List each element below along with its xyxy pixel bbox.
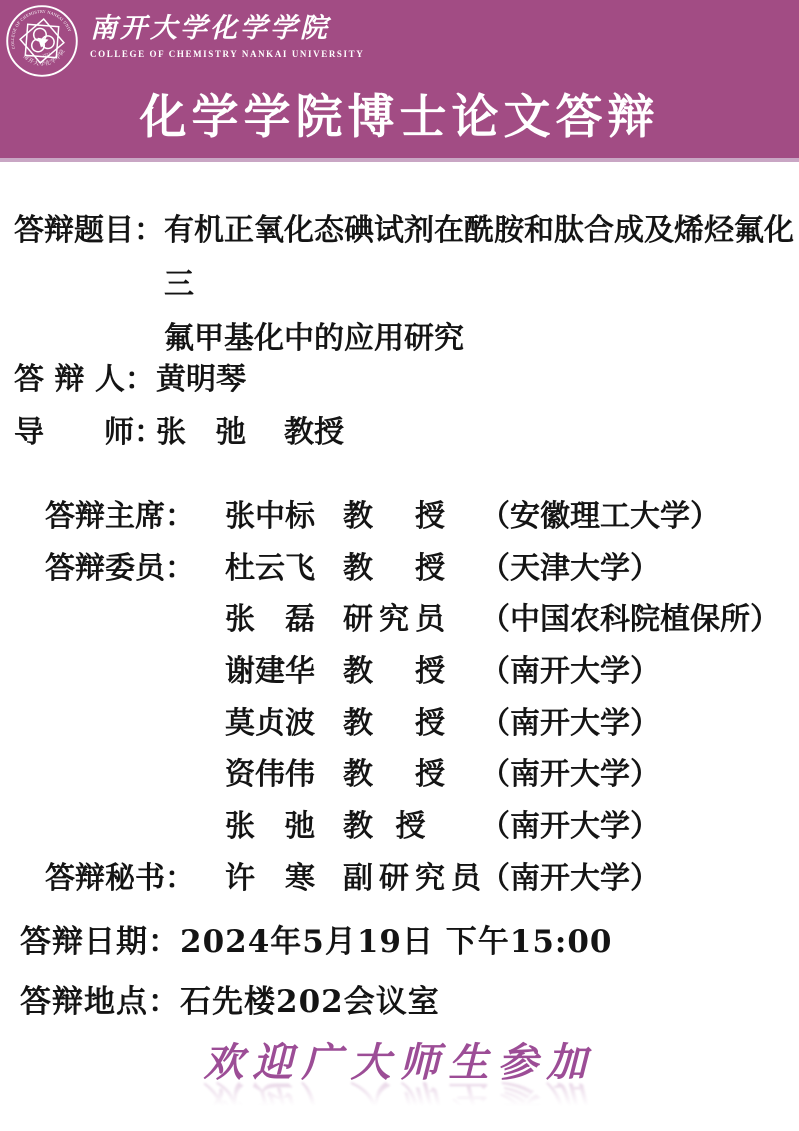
advisor-name: 张 弛 — [156, 415, 246, 450]
committee-member-affiliation: （天津大学） — [480, 543, 780, 587]
persons-block: 答 辩 人：黄明琴 导 师：张 弛教授 — [14, 353, 344, 459]
committee-member-affiliation: （中国农科院植保所） — [480, 594, 780, 638]
committee-member-affiliation: （安徽理工大学） — [480, 491, 780, 535]
candidate-label: 答 辩 人： — [14, 353, 156, 406]
thesis-title-line1: 有机正氧化态碘试剂在酰胺和肽合成及烯烃氟化三 — [164, 204, 799, 312]
defense-date-row: 答辩日期：2024年5月19日 下午15:00 — [20, 912, 613, 972]
committee-member-title: 教 授 — [343, 698, 480, 742]
defense-location-label: 答辩地点： — [20, 984, 180, 1020]
committee-member-title: 教 授 — [343, 491, 480, 535]
committee-member-name: 张中标 — [225, 491, 343, 535]
defense-location-row: 答辩地点：石先楼202会议室 — [20, 972, 613, 1032]
committee-row: 资伟伟 教 授 （南开大学） — [45, 745, 780, 797]
committee-member-name: 张 弛 — [225, 801, 343, 845]
committee-row: 答辩委员： 杜云飞 教 授 （天津大学） — [45, 539, 780, 591]
committee-member-title: 教 授 — [343, 646, 480, 690]
defense-poster: COLLEGE OF CHEMISTRY NANKAI UNIVERSITY 南… — [0, 0, 799, 1131]
committee-row: 答辩秘书： 许 寒 副研究员 （南开大学） — [45, 849, 780, 901]
brand-calligraphy: 南开大学化学学院 — [90, 14, 364, 44]
welcome-reflection: 欢迎广大师生参加 — [0, 1076, 799, 1122]
committee-member-affiliation: （南开大学） — [480, 853, 780, 897]
committee-row: 莫贞波 教 授 （南开大学） — [45, 694, 780, 746]
header-band: COLLEGE OF CHEMISTRY NANKAI UNIVERSITY 南… — [0, 0, 799, 162]
committee-member-title: 研究员 — [343, 594, 480, 638]
advisor-row: 导 师：张 弛教授 — [14, 406, 344, 459]
committee-member-affiliation: （南开大学） — [480, 749, 780, 793]
committee-member-name: 资伟伟 — [225, 749, 343, 793]
committee-member-title: 副研究员 — [343, 853, 480, 897]
committee-member-name: 杜云飞 — [225, 543, 343, 587]
committee-row-label: 答辩主席： — [45, 491, 225, 535]
committee-member-name: 张 磊 — [225, 594, 343, 638]
welcome-banner: 欢迎广大师生参加 欢迎广大师生参加 — [0, 1040, 799, 1122]
committee-member-title: 教 授 — [343, 543, 480, 587]
committee-member-affiliation: （南开大学） — [480, 801, 780, 845]
brand-block: 南开大学化学学院 COLLEGE OF CHEMISTRY NANKAI UNI… — [90, 14, 364, 59]
committee-member-name: 谢建华 — [225, 646, 343, 690]
advisor-title: 教授 — [284, 415, 344, 450]
committee-row: 张 磊 研究员 （中国农科院植保所） — [45, 590, 780, 642]
thesis-title-block: 答辩题目： 有机正氧化态碘试剂在酰胺和肽合成及烯烃氟化三 氟甲基化中的应用研究 — [14, 204, 799, 366]
committee-row-label: 答辩委员： — [45, 543, 225, 587]
advisor-label: 导 师： — [14, 406, 156, 459]
defense-date-value: 2024年5月19日 下午15:00 — [180, 924, 613, 960]
committee-row: 张 弛 教 授 （南开大学） — [45, 797, 780, 849]
candidate-name: 黄明琴 — [156, 362, 246, 397]
page-title: 化学学院博士论文答辩 — [0, 80, 799, 147]
committee-member-affiliation: （南开大学） — [480, 698, 780, 742]
committee-row-label: 答辩秘书： — [45, 853, 225, 897]
university-seal-icon: COLLEGE OF CHEMISTRY NANKAI UNIVERSITY 南… — [5, 4, 79, 78]
candidate-row: 答 辩 人：黄明琴 — [14, 353, 344, 406]
brand-english: COLLEGE OF CHEMISTRY NANKAI UNIVERSITY — [90, 49, 364, 59]
thesis-title-text: 有机正氧化态碘试剂在酰胺和肽合成及烯烃氟化三 氟甲基化中的应用研究 — [164, 204, 799, 366]
committee-row: 答辩主席： 张中标 教 授 （安徽理工大学） — [45, 487, 780, 539]
defense-location-value: 石先楼202会议室 — [180, 984, 440, 1020]
committee-member-title: 教 授 — [343, 801, 480, 845]
committee-table: 答辩主席： 张中标 教 授 （安徽理工大学） 答辩委员： 杜云飞 教 授 （天津… — [45, 487, 780, 901]
thesis-title-label: 答辩题目： — [14, 204, 164, 366]
committee-member-title: 教 授 — [343, 749, 480, 793]
committee-member-affiliation: （南开大学） — [480, 646, 780, 690]
defense-date-label: 答辩日期： — [20, 924, 180, 960]
committee-row: 谢建华 教 授 （南开大学） — [45, 642, 780, 694]
schedule-block: 答辩日期：2024年5月19日 下午15:00 答辩地点：石先楼202会议室 — [20, 912, 613, 1032]
committee-member-name: 莫贞波 — [225, 698, 343, 742]
committee-member-name: 许 寒 — [225, 853, 343, 897]
